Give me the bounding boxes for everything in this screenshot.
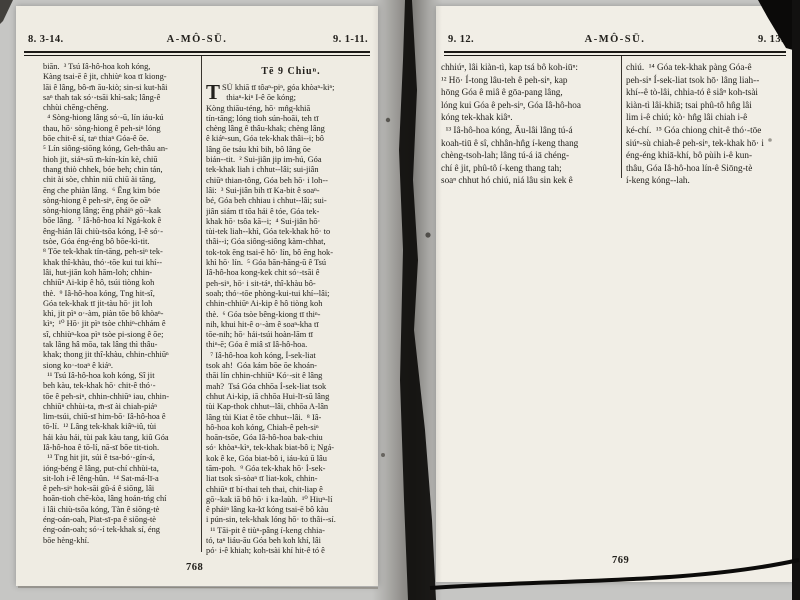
dropcap-paragraph: T SÚ khiā tī tôaⁿ-piⁿ, góa khòaⁿ-kiⁿ; th… <box>206 83 376 104</box>
text-line: khí--ê tò-lâi, chhia-tó ê siâⁿ koh-tsài <box>626 86 794 99</box>
text-line: peh-siⁿ, hō· i sit-táⁿ, thî-khàu bô- <box>206 279 376 289</box>
text-line: chhiūⁿ tī bí-thai teh thai, chit-liap ê <box>206 485 376 495</box>
text-line: éng-oán-oah, Piat-sī-pa ê siōng-tè <box>43 515 199 525</box>
right-page-column-1: chhiúⁿ, lâi kiàn-tì, kap tsá bô koh-iūⁿ:… <box>441 61 620 187</box>
text-line: kok ê ke, Góa biat-bô i, iáu-kú ū lâu <box>206 454 376 464</box>
text-line: bōe hèng-khí. <box>43 536 199 546</box>
right-page-number: 769 <box>612 555 629 566</box>
text-line: koah-tiū ê sî, chhân-hn̂g í-keng thang <box>441 137 620 150</box>
text-line: soaⁿ chhut hó chiú, niá lâu sin kek ê <box>441 174 620 187</box>
text-line: êng-hián lâi chiù-tsōa kóng, I-ê só·- <box>43 227 199 237</box>
text-line: jiân siám tī tōa hái ê tóe, Góa tek- <box>206 207 376 217</box>
text-line: pó· i-ê khiah; koh-tsài khí hit-ê tó ê <box>206 546 376 556</box>
left-page-column-1: biān. ³ Tsú Iâ-hô-hoa koh kóng,Kàng tsai… <box>43 62 199 546</box>
text-line: sit-loh i-ê lêng-hûn. ¹⁴ Sat-má-lī-a <box>43 474 199 484</box>
text-line: tsok ah! Góa kám bōe ōe khoán- <box>206 361 376 371</box>
text-line: ê peh-siⁿ hok-sāi gû-á ê siōng, lâi <box>43 484 199 494</box>
chapter-heading: Tē 9 Chiuⁿ. <box>206 66 376 78</box>
text-line: tín-tāng; lóng tioh sún-hoāi, teh tī <box>206 114 376 124</box>
text-line: ⁵ Lín siông-siōng kóng, Geh-thâu an- <box>43 144 199 154</box>
text-line: beh kàu, tek-khak hō· chit-ê thó·- <box>43 381 199 391</box>
speck <box>386 118 390 122</box>
text-line: ⁴ Sòng-hiong lâng só·-ū, lín iáu-kú <box>43 113 199 123</box>
text-line: ¹¹ Tāi-pit ê tiùⁿ-pâng í-keng chhia- <box>206 526 376 536</box>
text-line: chhut Ai-kip, iā chhōa Hui-lī-sū lâng <box>206 392 376 402</box>
text-line: Kòng thiāu-téng, hō· mn̂g-khiā <box>206 104 376 114</box>
text-line: lóng kui Góa ê peh-siⁿ, Góa Iâ-hô-hoa <box>441 99 620 112</box>
left-page-bottom-edge <box>18 587 378 588</box>
text-line: liat tsok sì-sòaⁿ tī liat-kok, chhin- <box>206 474 376 484</box>
left-page-number: 768 <box>186 562 203 573</box>
text-line: thè. ⁶ Góa tsòe bêng-kiong tī thiⁿ- <box>206 310 376 320</box>
text-line: tōe-nih; hō· hái-tsúi hoàn-lām tī <box>206 330 376 340</box>
text-line: hái kàu hái, tùi pak kàu tang, kiû Góa <box>43 433 199 443</box>
text-line: saⁿ thah tak só·-tsāi khì-sak; lâng-ê <box>43 93 199 103</box>
text-line: chiūⁿ thian-tông, Góa beh hō· i loh-- <box>206 176 376 186</box>
text-line: ióng-béng ê lâng, put-chí chhùi-ta, <box>43 464 199 474</box>
text-line: i lâi chiù-tsōa kóng, Tàn ê siōng-tè <box>43 505 199 515</box>
text-line: ê kiáⁿ-sun, Góa tek-khak thâi--i; bô <box>206 134 376 144</box>
text-line: i pún-sin, tek-khak lóng hō· to thâi--sí… <box>206 515 376 525</box>
text-line: tām-poh. ⁹ Góa tek-khak hō· Í-sek- <box>206 464 376 474</box>
text-line: Góa tek-khak tī jit-tàu hō· jit loh <box>43 299 199 309</box>
dropcap-lines: SÚ khiā tī tôaⁿ-piⁿ, góa khòaⁿ-kiⁿ; thia… <box>206 83 376 104</box>
text-line: hô-hoa koh kóng, Chiah-ê peh-siⁿ <box>206 423 376 433</box>
text-line: bé, Góa beh chhiau i chhut--lâi; sui- <box>206 196 376 206</box>
text-line: tak lâng hâ mōa, tak lâng thì thâu- <box>43 340 199 350</box>
text-line: tek-khak liah i chhut--lâi; sui-jiân <box>206 165 376 175</box>
text-line: khì, jit pìⁿ o·-àm, piàn tōe bô khòaⁿ- <box>43 309 199 319</box>
text-line: thau, hō· sòng-hiong ê peh-siⁿ lóng <box>43 124 199 134</box>
text-line: mah? Tsá Góa chhōa Í-sek-liat tsok <box>206 382 376 392</box>
text-line: Iâ-hô-hoa kong-kek chit só·-tsāi ê <box>206 268 376 278</box>
text-line: lim i-ê chiú; kò· hn̂g lâi chiah i-ê <box>626 111 794 124</box>
text-line: chhiūⁿ Ai-kip ê hô, tsúi tiòng koh <box>43 278 199 288</box>
text-line: lâng ōe tsáu khì bih, bô lâng ōe <box>206 145 376 155</box>
text-line: tō-lí. ¹² Lâng tek-khak kiâⁿ-iû, tùi <box>43 422 199 432</box>
text-line: siúⁿ-sù chiah-ê peh-siⁿ, tek-khak hō· i <box>626 137 794 150</box>
text-line: ¹² Hō· Í-tong lâu-teh ê peh-siⁿ, kap <box>441 74 620 87</box>
text-line: thè. ⁹ Iâ-hô-hoa kóng, Tng hit-sî, <box>43 289 199 299</box>
text-line: thâi--i; Góa siông-siông kàm-chhat, <box>206 237 376 247</box>
left-running-head: 8. 3-14. A-MÔ-SŪ. 9. 1-11. <box>16 34 378 50</box>
right-header-book-title: A-MÔ-SŪ. <box>436 34 794 45</box>
left-page-column-divider <box>201 56 202 552</box>
text-line: Iâ-hô-hoa ê tō-lí, nā-sī bōe tit-tioh. <box>43 443 199 453</box>
speck <box>425 232 430 237</box>
text-line: SÚ khiā tī tôaⁿ-piⁿ, góa khòaⁿ-kiⁿ; <box>222 83 376 93</box>
text-line: gō·-kak iā bô hō· i ka-laùh. ¹⁰ Hiuⁿ-lí <box>206 495 376 505</box>
text-line: chhiūⁿ chhùi-ta, m̄-sī ài chiah-piáⁿ <box>43 402 199 412</box>
text-line: tōe ê peh-siⁿ, chhin-chhiūⁿ iau, chhin- <box>43 392 199 402</box>
text-line: sòng-hiong ê peh-siⁿ, ēng ōe oāⁿ <box>43 196 199 206</box>
text-line: hoān-tioh chē-kòa, lâng hoán-tńg chí <box>43 494 199 504</box>
text-line: thâu, Góa Iâ-hô-hoa lín-ê Siōng-tè <box>626 162 794 175</box>
text-line: sòng-hiong lâng; ēng pháiⁿ gō·-kak <box>43 206 199 216</box>
text-line: lâng tùi Kiat ê tōe chhut--lâi. ⁸ Iâ- <box>206 413 376 423</box>
text-line: chèng lâng ê thâu-khak; chèng lâng <box>206 124 376 134</box>
text-line: kiàn-tì lâi-khiā; tsai phû-tô hn̂g lâi <box>626 99 794 112</box>
text-line: ¹¹ Tsú Iâ-hô-hoa koh kóng, Sî jit <box>43 371 199 381</box>
speck <box>381 453 385 457</box>
text-line: biān. ³ Tsú Iâ-hô-hoa koh kóng, <box>43 62 199 72</box>
text-line: chhiúⁿ, lâi kiàn-tì, kap tsá bô koh-iūⁿ: <box>441 61 620 74</box>
text-line: ké-chí. ¹⁵ Góa chiong chit-ê thó·-tōe <box>626 124 794 137</box>
right-page-column-divider <box>621 56 622 178</box>
text-line: hoān-tsōe, Góa Iâ-hô-hoa bak-chiu <box>206 433 376 443</box>
chapter-body-lines: Kòng thiāu-téng, hō· mn̂g-khiātín-tāng; … <box>206 104 376 557</box>
dropcap-letter: T <box>206 83 220 102</box>
text-line: tok-tok ēng tsai-ē hō· lín, bô ēng hok- <box>206 248 376 258</box>
right-header-verse-range-right: 9. 13. <box>758 34 784 45</box>
corner-mark-top-left <box>0 0 13 24</box>
text-line: éng-oán-oah; só·-í tek-khak sí, éng <box>43 525 199 535</box>
text-line: chit ài sòe, chhìn niū chiū ài tāng, <box>43 175 199 185</box>
text-line: lāi ê lâng, bô-m̄ āu-kiò; sin-si kut-hâi <box>43 83 199 93</box>
gutter-streak <box>399 0 436 600</box>
text-line: chhùi chēng-chēng. <box>43 103 199 113</box>
right-header-rule <box>444 51 786 56</box>
text-line: ¹³ Iâ-hô-hoa kóng, Āu-lâi lâng tú-á <box>441 124 620 137</box>
text-line: hioh jit, siáⁿ-sū m̄-kín-kín kè, chiū <box>43 155 199 165</box>
text-line: tùi Kap-thok chhut--lâi, chhōa A-lân <box>206 402 376 412</box>
text-line: thiaⁿ-kiⁿ I-ê ōe kóng; <box>222 93 376 103</box>
text-line: bōe lâng. ⁷ Iâ-hô-hoa kí Ngá-kok ê <box>43 216 199 226</box>
text-line: tùi-tek liah--khì, Góa tek-khak hō· to <box>206 227 376 237</box>
text-line: thāi lín chhin-chhiūⁿ Kó·-sit ê lâng <box>206 371 376 381</box>
text-line: ê pháiⁿ lâng ka-kī kóng tsai-ē bô kàu <box>206 505 376 515</box>
text-line: khì hō· lín. ⁵ Góa bān-hāng-ū ê Tsú <box>206 258 376 268</box>
text-line: lâi: ³ Sui-jiân bih tī Ka-bit ê soaⁿ- <box>206 186 376 196</box>
text-line: chhin-chhiūⁿ Ai-kip ê hô tiòng koh <box>206 299 376 309</box>
text-line: sî, chhiùⁿ-koa pìⁿ tsòe pi-siong ê ōe; <box>43 330 199 340</box>
text-line: Kàng tsai-ē ê jit, chhiùⁿ koa tī kiong- <box>43 72 199 82</box>
text-line: tó, taⁿ liáu-āu Góa beh koh khí, lâi <box>206 536 376 546</box>
text-line: ēng che phiàn lâng. ⁶ Ēng kim bóe <box>43 186 199 196</box>
text-line: éng-éng khiā-khí, bô pùih i-ê kun- <box>626 149 794 162</box>
text-line: kìⁿ; ¹⁰ Hō· jit pìⁿ tsòe chhiⁿ-chhám ê <box>43 319 199 329</box>
text-line: hōng Góa ê miâ ê gōa-pang lâng, <box>441 86 620 99</box>
left-page: 8. 3-14. A-MÔ-SŪ. 9. 1-11. biān. ³ Tsú I… <box>16 6 378 586</box>
text-line: khak; thong jit thî-khàu, chhin-chhiūⁿ <box>43 350 199 360</box>
right-page: 9. 12. A-MÔ-SŪ. 9. 13. chhiúⁿ, lâi kiàn-… <box>436 6 794 582</box>
text-line: thang thiò chhek, bóe beh; chin tán, <box>43 165 199 175</box>
left-header-verse-range-right: 9. 1-11. <box>333 34 368 45</box>
text-line: chí ê jit, phû-tô í-keng thang tah; <box>441 162 620 175</box>
text-line: bōe chit-ê sí, taⁿ thiaⁿ Góa-ê ōe. <box>43 134 199 144</box>
right-page-column-2: chiú. ¹⁴ Góa tek-khak pàng Góa-êpeh-siⁿ … <box>626 61 794 187</box>
text-line: lâi, hut-jiān koh hām-loh; chhin- <box>43 268 199 278</box>
text-line: soah; thó·-tōe phòng-kui-tui khí--lâi; <box>206 289 376 299</box>
gutter-shadow <box>372 0 442 600</box>
left-page-column-2: Tē 9 Chiuⁿ. T SÚ khiā tī tôaⁿ-piⁿ, góa k… <box>206 66 376 557</box>
left-header-book-title: A-MÔ-SŪ. <box>16 34 378 45</box>
text-line: lim-tsúi, chiū-sī him-bō· Iâ-hô-hoa ê <box>43 412 199 422</box>
text-line: ⁷ Iâ-hô-hoa koh kóng, Í-sek-liat <box>206 351 376 361</box>
text-line: bián--tit. ² Sui-jiân jip im-hú, Góa <box>206 155 376 165</box>
text-line: tsòe, Góa éng-éng bô bōe-kì-tit. <box>43 237 199 247</box>
text-line: peh-siⁿ Í-sek-liat tsok hō· lâng liah-- <box>626 74 794 87</box>
text-line: khak thî-khàu, thó·-tōe kui tui khí-- <box>43 258 199 268</box>
text-line: nih, khui hit-ê o·-àm ê soaⁿ-kha tī <box>206 320 376 330</box>
text-line: ¹³ Tng hit jit, súi ê tsa-bó·-gín-á, <box>43 453 199 463</box>
right-running-head: 9. 12. A-MÔ-SŪ. 9. 13. <box>436 34 794 50</box>
scanned-book-spread: { "left_page": { "page_number": "768", "… <box>0 0 800 600</box>
left-header-rule <box>24 51 370 56</box>
text-line: chiú. ¹⁴ Góa tek-khak pàng Góa-ê <box>626 61 794 74</box>
text-line: í-keng kóng--lah. <box>626 174 794 187</box>
text-line: khak hō· tsôa kā--i; ⁴ Sui-jiân hō· <box>206 217 376 227</box>
text-line: ⁸ Tōe tek-khak tín-tāng, peh-siⁿ tek- <box>43 247 199 257</box>
text-line: siong ko·-toaⁿ ê kiáⁿ. <box>43 361 199 371</box>
text-line: só· khòaⁿ-kìⁿ, tek-khak biat-bô i; Ngá- <box>206 443 376 453</box>
text-line: chèng-tsoh-lah; lâng tú-á iā chéng- <box>441 149 620 162</box>
text-line: kóng tek-khak kiâⁿ. <box>441 111 620 124</box>
text-line: thiⁿ-ē; Góa ê miâ sī Iâ-hô-hoa. <box>206 340 376 350</box>
